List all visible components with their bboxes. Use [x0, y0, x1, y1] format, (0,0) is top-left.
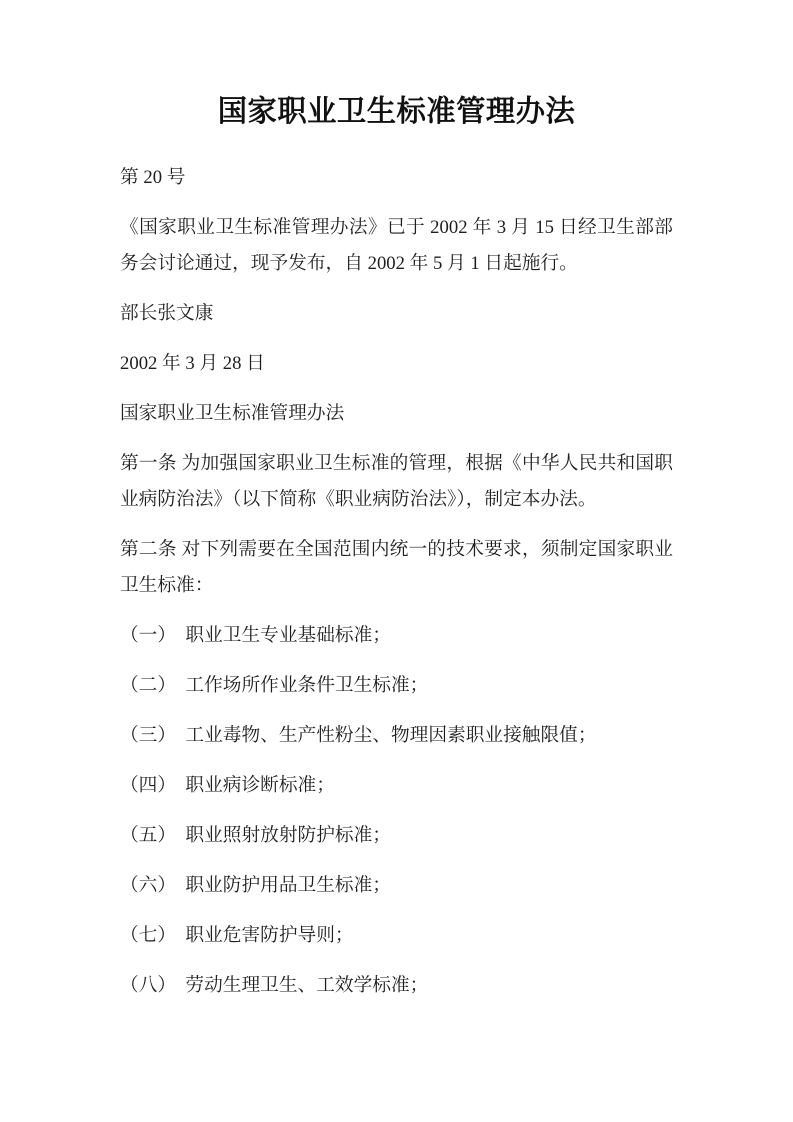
paragraph-subtitle: 国家职业卫生标准管理办法 — [120, 396, 673, 432]
paragraph-article-2: 第二条 对下列需要在全国范围内统一的技术要求，须制定国家职业卫生标准： — [120, 532, 673, 604]
paragraph-order-number: 第 20 号 — [120, 160, 673, 196]
list-item-3: （三） 工业毒物、生产性粉尘、物理因素职业接触限值； — [120, 718, 673, 754]
list-item-1: （一） 职业卫生专业基础标准； — [120, 618, 673, 654]
paragraph-article-1: 第一条 为加强国家职业卫生标准的管理，根据《中华人民共和国职业病防治法》（以下简… — [120, 446, 673, 518]
paragraph-date: 2002 年 3 月 28 日 — [120, 346, 673, 382]
document-title: 国家职业卫生标准管理办法 — [120, 90, 673, 134]
paragraph-minister-signature: 部长张文康 — [120, 296, 673, 332]
list-item-8: （八） 劳动生理卫生、工效学标准； — [120, 968, 673, 1004]
list-item-7: （七） 职业危害防护导则； — [120, 918, 673, 954]
document-page: 国家职业卫生标准管理办法 第 20 号 《国家职业卫生标准管理办法》已于 200… — [0, 0, 793, 1122]
list-item-5: （五） 职业照射放射防护标准； — [120, 818, 673, 854]
document-content: 国家职业卫生标准管理办法 第 20 号 《国家职业卫生标准管理办法》已于 200… — [0, 0, 793, 1004]
list-item-2: （二） 工作场所作业条件卫生标准； — [120, 668, 673, 704]
paragraph-promulgation: 《国家职业卫生标准管理办法》已于 2002 年 3 月 15 日经卫生部部务会讨… — [120, 210, 673, 282]
list-item-4: （四） 职业病诊断标准； — [120, 768, 673, 804]
list-item-6: （六） 职业防护用品卫生标准； — [120, 868, 673, 904]
